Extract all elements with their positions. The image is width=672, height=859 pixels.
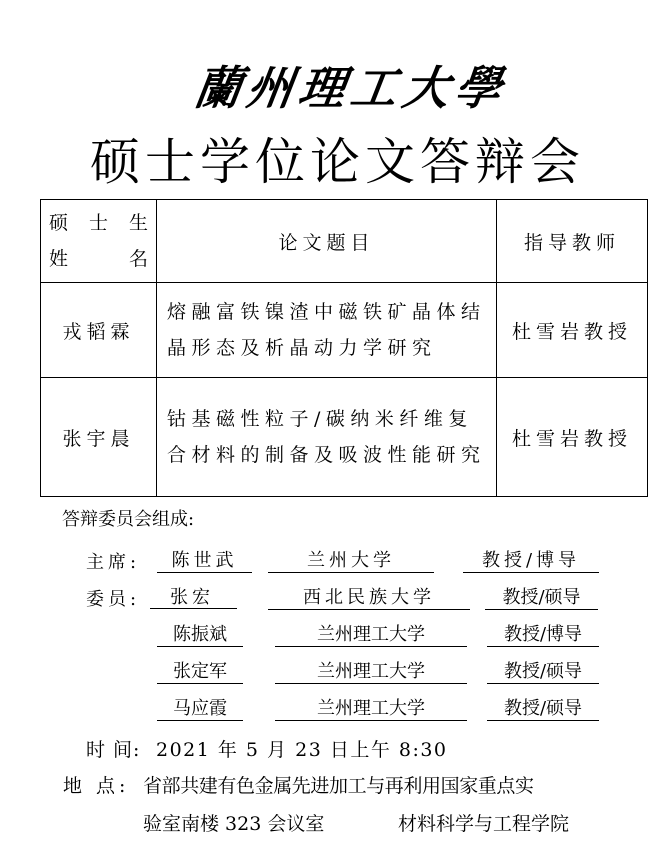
location-line2-school: 材料科学与工程学院 — [398, 809, 569, 836]
advisor-name: 杜雪岩教授 — [497, 378, 648, 497]
header-char: 士 — [89, 205, 108, 241]
member-title: 教授/博导 — [487, 624, 599, 647]
member-title: 教授/硕导 — [487, 661, 599, 684]
member-title: 教授/硕导 — [485, 587, 598, 610]
chair-name: 陈世武 — [157, 550, 252, 573]
thesis-topic: 钴基磁性粒子/碳纳米纤维复合材料的制备及吸波性能研究 — [157, 378, 497, 497]
header-char: 名 — [129, 241, 148, 277]
header-char: 姓 — [49, 241, 68, 277]
member-affiliation: 兰州理工大学 — [275, 661, 467, 684]
header-student-name: 硕 士 生 姓 名 — [41, 200, 157, 283]
member-name: 张宏 — [150, 587, 237, 609]
student-name: 张宇晨 — [41, 378, 157, 497]
table-header-row: 硕 士 生 姓 名 论文题目 指导教师 — [41, 200, 648, 283]
thesis-topic: 熔融富铁镍渣中磁铁矿晶体结晶形态及析晶动力学研究 — [157, 283, 497, 378]
university-logo: 蘭州理工大學 — [191, 58, 479, 118]
time-label: 时 间: — [86, 735, 140, 762]
chair-title: 教授/博导 — [463, 550, 599, 573]
location-label: 地 点: — [63, 771, 129, 798]
table-row: 戎韬霖 熔融富铁镍渣中磁铁矿晶体结晶形态及析晶动力学研究 杜雪岩教授 — [41, 283, 648, 378]
member-name: 马应霞 — [157, 698, 243, 721]
member-affiliation: 西北民族大学 — [268, 587, 470, 610]
member-name: 陈振斌 — [157, 624, 243, 647]
header-char: 生 — [129, 205, 148, 241]
member-affiliation: 兰州理工大学 — [275, 698, 467, 721]
member-label: 委员: — [86, 588, 140, 612]
advisor-name: 杜雪岩教授 — [497, 283, 648, 378]
header-thesis-topic: 论文题目 — [157, 200, 497, 283]
header-char: 硕 — [49, 205, 68, 241]
page-title: 硕士学位论文答辩会 — [90, 132, 580, 192]
chair-affiliation: 兰州大学 — [268, 550, 434, 573]
time-value: 2021 年 5 月 23 日上午 8:30 — [156, 735, 448, 762]
member-affiliation: 兰州理工大学 — [275, 624, 467, 647]
thesis-table: 硕 士 生 姓 名 论文题目 指导教师 戎韬霖 熔融富铁镍渣中磁铁矿晶体结晶形态… — [40, 199, 648, 497]
location-line2-room: 验室南楼 323 会议室 — [143, 809, 324, 836]
table-row: 张宇晨 钴基磁性粒子/碳纳米纤维复合材料的制备及吸波性能研究 杜雪岩教授 — [41, 378, 648, 497]
header-advisor: 指导教师 — [497, 200, 648, 283]
committee-label: 答辩委员会组成: — [62, 505, 194, 531]
student-name: 戎韬霖 — [41, 283, 157, 378]
location-line1: 省部共建有色金属先进加工与再利用国家重点实 — [143, 771, 534, 798]
member-name: 张定军 — [157, 661, 243, 684]
member-title: 教授/硕导 — [487, 698, 599, 721]
chair-label: 主席: — [86, 551, 140, 575]
